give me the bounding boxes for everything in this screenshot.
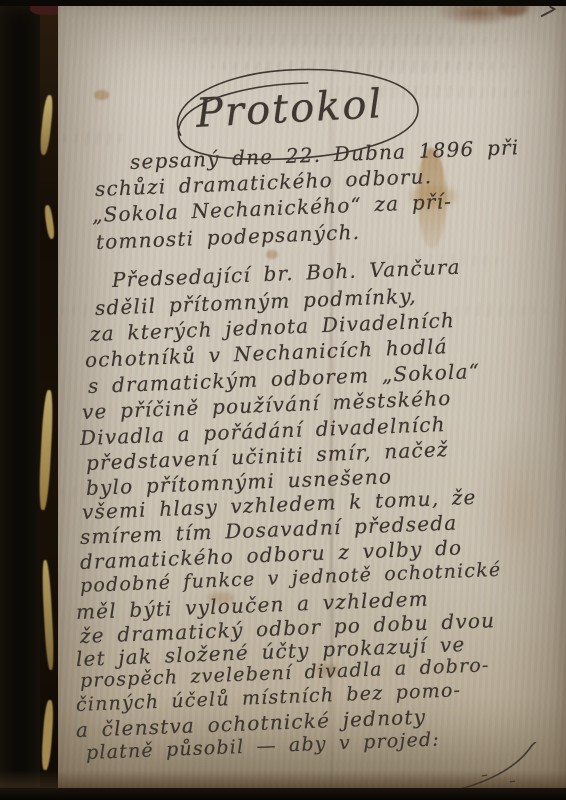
torn-paper-shred: [44, 205, 56, 240]
ink-showthrough: [178, 34, 508, 47]
stain: [266, 250, 278, 259]
torn-paper-shred: [41, 700, 55, 770]
previous-page-edge: [0, 5, 40, 787]
torn-paper-shred: [38, 390, 54, 510]
torn-paper-shred: [39, 95, 54, 156]
torn-paper-shred: [41, 560, 55, 670]
pen-mark: [540, 6, 556, 16]
page-bottom-shadow: [0, 770, 566, 788]
photo-border-top: [0, 0, 566, 6]
ink-showthrough: [440, 304, 550, 317]
ink-showthrough: [60, 132, 130, 145]
manuscript-page: Protokol sepsaný dne 22. Dubna 1896 při …: [58, 4, 566, 790]
book-gutter: [40, 0, 60, 800]
stain: [94, 90, 109, 100]
manuscript-photo: Protokol sepsaný dne 22. Dubna 1896 při …: [0, 0, 566, 800]
photo-border-bottom: [0, 788, 566, 800]
